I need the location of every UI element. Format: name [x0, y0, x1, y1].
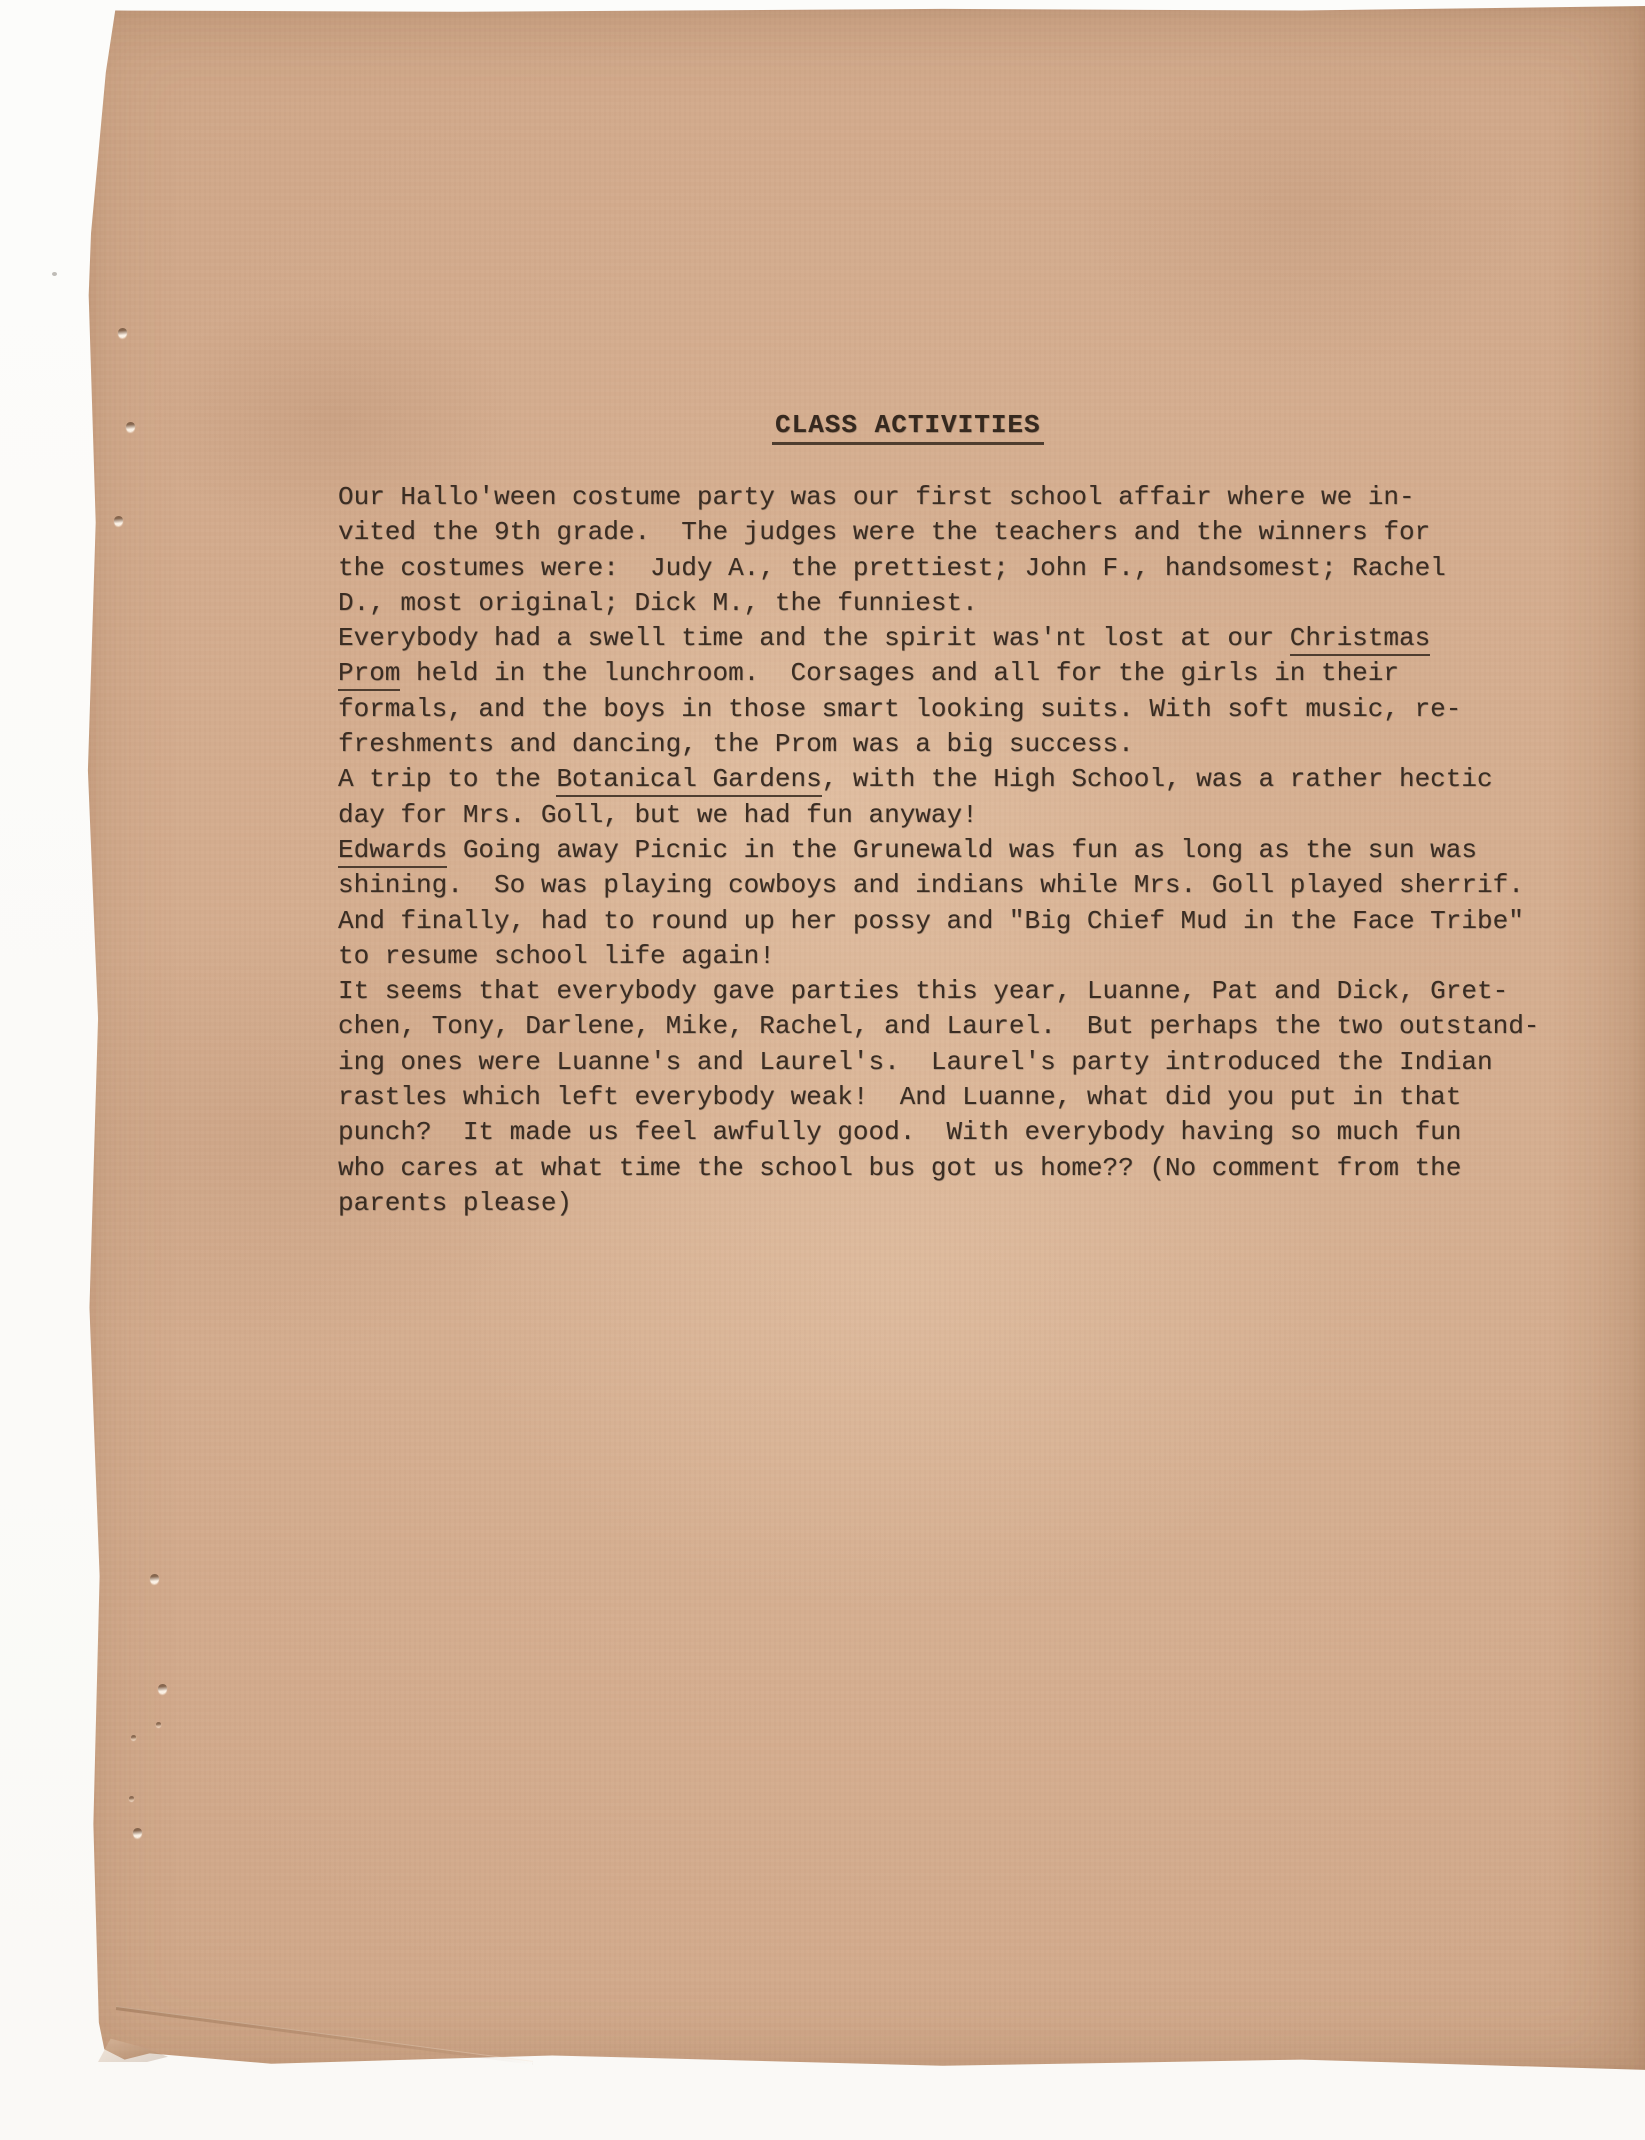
text-segment: the costumes were: Judy A., the pretties… — [338, 553, 1446, 583]
text-line: parents please) — [338, 1186, 1598, 1221]
text-line: And finally, had to round up her possy a… — [338, 904, 1598, 939]
text-line: Edwards Going away Picnic in the Grunewa… — [338, 833, 1598, 868]
text-segment: It seems that everybody gave parties thi… — [338, 976, 1508, 1006]
document-body: Our Hallo'ween costume party was our fir… — [338, 480, 1598, 1221]
text-segment: shining. So was playing cowboys and indi… — [338, 870, 1524, 900]
text-segment: formals, and the boys in those smart loo… — [338, 694, 1461, 724]
text-segment: day for Mrs. Goll, but we had fun anyway… — [338, 800, 978, 830]
text-segment: And finally, had to round up her possy a… — [338, 906, 1524, 936]
underlined-text: Christmas — [1290, 623, 1430, 656]
text-segment: , with the High School, was a rather hec… — [822, 764, 1493, 794]
text-line: to resume school life again! — [338, 939, 1598, 974]
underlined-text: Prom — [338, 658, 400, 691]
text-line: the costumes were: Judy A., the pretties… — [338, 551, 1598, 586]
text-segment: Everybody had a swell time and the spiri… — [338, 623, 1290, 653]
text-line: day for Mrs. Goll, but we had fun anyway… — [338, 798, 1598, 833]
text-line: ing ones were Luanne's and Laurel's. Lau… — [338, 1045, 1598, 1080]
scanned-page: CLASS ACTIVITIES Our Hallo'ween costume … — [84, 6, 1645, 2072]
text-line: D., most original; Dick M., the funniest… — [338, 586, 1598, 621]
text-segment: who cares at what time the school bus go… — [338, 1153, 1461, 1183]
text-line: Prom held in the lunchroom. Corsages and… — [338, 656, 1598, 691]
text-segment: D., most original; Dick M., the funniest… — [338, 588, 978, 618]
document-title: CLASS ACTIVITIES — [772, 410, 1044, 445]
margin-speck — [52, 272, 57, 276]
text-line: freshments and dancing, the Prom was a b… — [338, 727, 1598, 762]
text-line: vited the 9th grade. The judges were the… — [338, 515, 1598, 550]
underlined-text: Botanical Gardens — [556, 764, 821, 797]
text-segment: vited the 9th grade. The judges were the… — [338, 517, 1430, 547]
text-line: Everybody had a swell time and the spiri… — [338, 621, 1598, 656]
text-segment: rastles which left everybody weak! And L… — [338, 1082, 1461, 1112]
text-line: rastles which left everybody weak! And L… — [338, 1080, 1598, 1115]
scanner-background: CLASS ACTIVITIES Our Hallo'ween costume … — [0, 0, 1645, 2140]
text-segment: ing ones were Luanne's and Laurel's. Lau… — [338, 1047, 1493, 1077]
text-line: punch? It made us feel awfully good. Wit… — [338, 1115, 1598, 1150]
text-segment: held in the lunchroom. Corsages and all … — [400, 658, 1399, 688]
text-segment: chen, Tony, Darlene, Mike, Rachel, and L… — [338, 1011, 1539, 1041]
text-line: It seems that everybody gave parties thi… — [338, 974, 1598, 1009]
text-segment: parents please) — [338, 1188, 572, 1218]
underlined-text: Edwards — [338, 835, 447, 868]
text-line: Our Hallo'ween costume party was our fir… — [338, 480, 1598, 515]
text-line: who cares at what time the school bus go… — [338, 1151, 1598, 1186]
text-line: A trip to the Botanical Gardens, with th… — [338, 762, 1598, 797]
text-segment: punch? It made us feel awfully good. Wit… — [338, 1117, 1461, 1147]
text-line: chen, Tony, Darlene, Mike, Rachel, and L… — [338, 1009, 1598, 1044]
text-segment: freshments and dancing, the Prom was a b… — [338, 729, 1134, 759]
text-segment: A trip to the — [338, 764, 556, 794]
text-line: formals, and the boys in those smart loo… — [338, 692, 1598, 727]
text-segment: to resume school life again! — [338, 941, 775, 971]
text-line: shining. So was playing cowboys and indi… — [338, 868, 1598, 903]
text-segment: Our Hallo'ween costume party was our fir… — [338, 482, 1415, 512]
text-segment: Going away Picnic in the Grunewald was f… — [447, 835, 1477, 865]
